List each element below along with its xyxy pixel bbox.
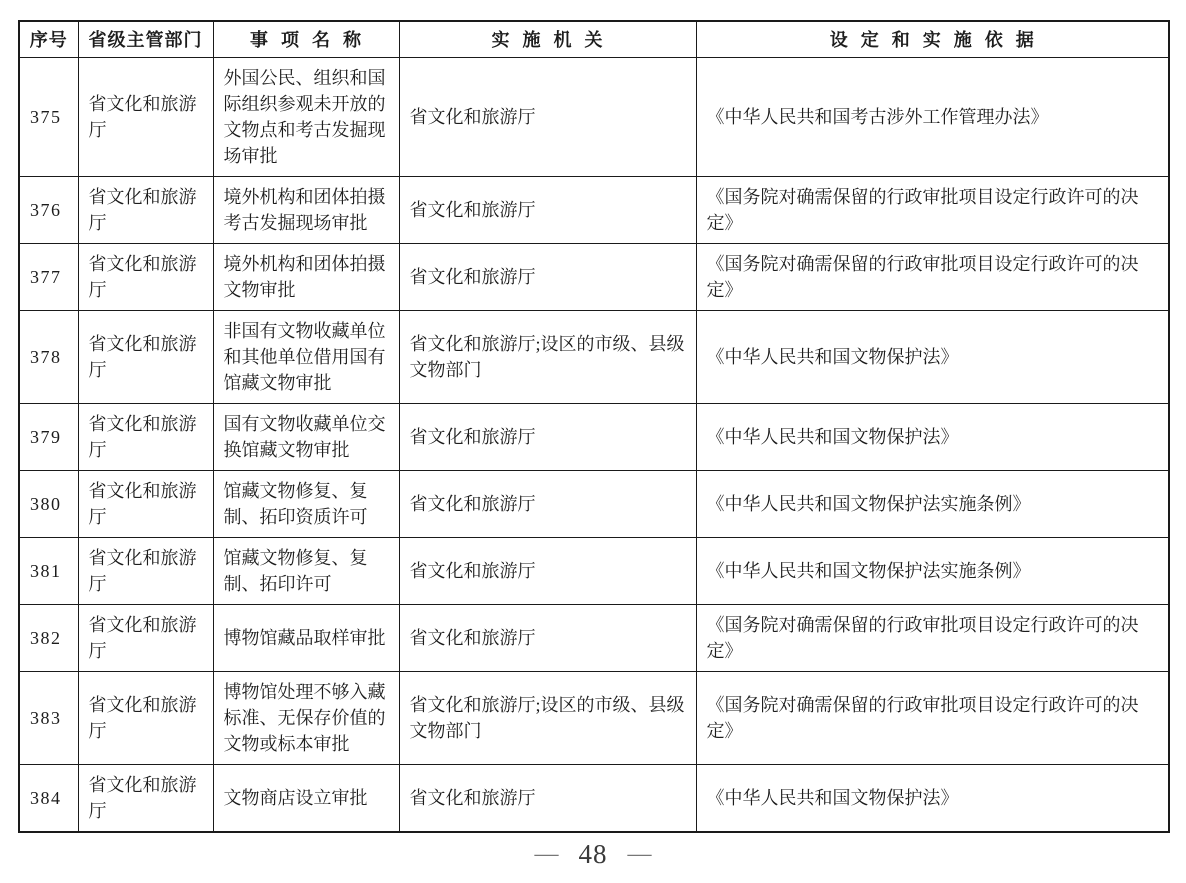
legal-basis-cell: 《国务院对确需保留的行政审批项目设定行政许可的决定》 <box>696 244 1169 311</box>
serial-number-cell: 377 <box>19 244 78 311</box>
table-row: 383 省文化和旅游厅 博物馆处理不够入藏标准、无保存价值的文物或标本审批 省文… <box>19 672 1169 765</box>
item-name-cell: 国有文物收藏单位交换馆藏文物审批 <box>213 404 399 471</box>
department-cell: 省文化和旅游厅 <box>78 672 213 765</box>
footer-dash-right: — <box>628 842 652 866</box>
table-row: 376 省文化和旅游厅 境外机构和团体拍摄考古发掘现场审批 省文化和旅游厅 《国… <box>19 177 1169 244</box>
legal-basis-cell: 《中华人民共和国文物保护法》 <box>696 765 1169 833</box>
legal-basis-cell: 《国务院对确需保留的行政审批项目设定行政许可的决定》 <box>696 605 1169 672</box>
department-cell: 省文化和旅游厅 <box>78 404 213 471</box>
implementing-agency-cell: 省文化和旅游厅 <box>399 471 696 538</box>
implementing-agency-cell: 省文化和旅游厅 <box>399 404 696 471</box>
table-row: 380 省文化和旅游厅 馆藏文物修复、复制、拓印资质许可 省文化和旅游厅 《中华… <box>19 471 1169 538</box>
page-number: 48 <box>579 839 608 869</box>
legal-basis-cell: 《国务院对确需保留的行政审批项目设定行政许可的决定》 <box>696 672 1169 765</box>
item-name-cell: 博物馆处理不够入藏标准、无保存价值的文物或标本审批 <box>213 672 399 765</box>
implementing-agency-cell: 省文化和旅游厅 <box>399 177 696 244</box>
serial-number-cell: 376 <box>19 177 78 244</box>
table-row: 384 省文化和旅游厅 文物商店设立审批 省文化和旅游厅 《中华人民共和国文物保… <box>19 765 1169 833</box>
department-cell: 省文化和旅游厅 <box>78 58 213 177</box>
column-header-department: 省级主管部门 <box>78 21 213 58</box>
department-cell: 省文化和旅游厅 <box>78 605 213 672</box>
table-row: 381 省文化和旅游厅 馆藏文物修复、复制、拓印许可 省文化和旅游厅 《中华人民… <box>19 538 1169 605</box>
serial-number-cell: 381 <box>19 538 78 605</box>
item-name-cell: 馆藏文物修复、复制、拓印资质许可 <box>213 471 399 538</box>
legal-basis-cell: 《中华人民共和国考古涉外工作管理办法》 <box>696 58 1169 177</box>
table-row: 378 省文化和旅游厅 非国有文物收藏单位和其他单位借用国有馆藏文物审批 省文化… <box>19 311 1169 404</box>
column-header-implementing-agency: 实 施 机 关 <box>399 21 696 58</box>
department-cell: 省文化和旅游厅 <box>78 244 213 311</box>
item-name-cell: 外国公民、组织和国际组织参观未开放的文物点和考古发掘现场审批 <box>213 58 399 177</box>
department-cell: 省文化和旅游厅 <box>78 177 213 244</box>
department-cell: 省文化和旅游厅 <box>78 765 213 833</box>
document-page: 序号 省级主管部门 事 项 名 称 实 施 机 关 设 定 和 实 施 依 据 … <box>0 0 1186 883</box>
serial-number-cell: 379 <box>19 404 78 471</box>
item-name-cell: 馆藏文物修复、复制、拓印许可 <box>213 538 399 605</box>
legal-basis-cell: 《中华人民共和国文物保护法》 <box>696 404 1169 471</box>
table-body: 375 省文化和旅游厅 外国公民、组织和国际组织参观未开放的文物点和考古发掘现场… <box>19 58 1169 833</box>
department-cell: 省文化和旅游厅 <box>78 471 213 538</box>
table-row: 379 省文化和旅游厅 国有文物收藏单位交换馆藏文物审批 省文化和旅游厅 《中华… <box>19 404 1169 471</box>
legal-basis-cell: 《中华人民共和国文物保护法》 <box>696 311 1169 404</box>
table-row: 382 省文化和旅游厅 博物馆藏品取样审批 省文化和旅游厅 《国务院对确需保留的… <box>19 605 1169 672</box>
column-header-item-name: 事 项 名 称 <box>213 21 399 58</box>
item-name-cell: 非国有文物收藏单位和其他单位借用国有馆藏文物审批 <box>213 311 399 404</box>
table-row: 375 省文化和旅游厅 外国公民、组织和国际组织参观未开放的文物点和考古发掘现场… <box>19 58 1169 177</box>
implementing-agency-cell: 省文化和旅游厅 <box>399 244 696 311</box>
table-row: 377 省文化和旅游厅 境外机构和团体拍摄文物审批 省文化和旅游厅 《国务院对确… <box>19 244 1169 311</box>
serial-number-cell: 380 <box>19 471 78 538</box>
serial-number-cell: 383 <box>19 672 78 765</box>
legal-basis-cell: 《中华人民共和国文物保护法实施条例》 <box>696 471 1169 538</box>
implementing-agency-cell: 省文化和旅游厅 <box>399 605 696 672</box>
implementing-agency-cell: 省文化和旅游厅;设区的市级、县级文物部门 <box>399 672 696 765</box>
implementing-agency-cell: 省文化和旅游厅 <box>399 58 696 177</box>
column-header-serial: 序号 <box>19 21 78 58</box>
implementing-agency-cell: 省文化和旅游厅 <box>399 538 696 605</box>
header-row: 序号 省级主管部门 事 项 名 称 实 施 机 关 设 定 和 实 施 依 据 <box>19 21 1169 58</box>
department-cell: 省文化和旅游厅 <box>78 311 213 404</box>
page-footer: — 48 — <box>0 834 1186 874</box>
serial-number-cell: 375 <box>19 58 78 177</box>
administrative-approval-table: 序号 省级主管部门 事 项 名 称 实 施 机 关 设 定 和 实 施 依 据 … <box>18 20 1170 833</box>
serial-number-cell: 384 <box>19 765 78 833</box>
serial-number-cell: 382 <box>19 605 78 672</box>
legal-basis-cell: 《国务院对确需保留的行政审批项目设定行政许可的决定》 <box>696 177 1169 244</box>
footer-dash-left: — <box>535 842 559 866</box>
item-name-cell: 博物馆藏品取样审批 <box>213 605 399 672</box>
column-header-legal-basis: 设 定 和 实 施 依 据 <box>696 21 1169 58</box>
department-cell: 省文化和旅游厅 <box>78 538 213 605</box>
item-name-cell: 境外机构和团体拍摄考古发掘现场审批 <box>213 177 399 244</box>
implementing-agency-cell: 省文化和旅游厅;设区的市级、县级文物部门 <box>399 311 696 404</box>
legal-basis-cell: 《中华人民共和国文物保护法实施条例》 <box>696 538 1169 605</box>
implementing-agency-cell: 省文化和旅游厅 <box>399 765 696 833</box>
item-name-cell: 境外机构和团体拍摄文物审批 <box>213 244 399 311</box>
item-name-cell: 文物商店设立审批 <box>213 765 399 833</box>
serial-number-cell: 378 <box>19 311 78 404</box>
